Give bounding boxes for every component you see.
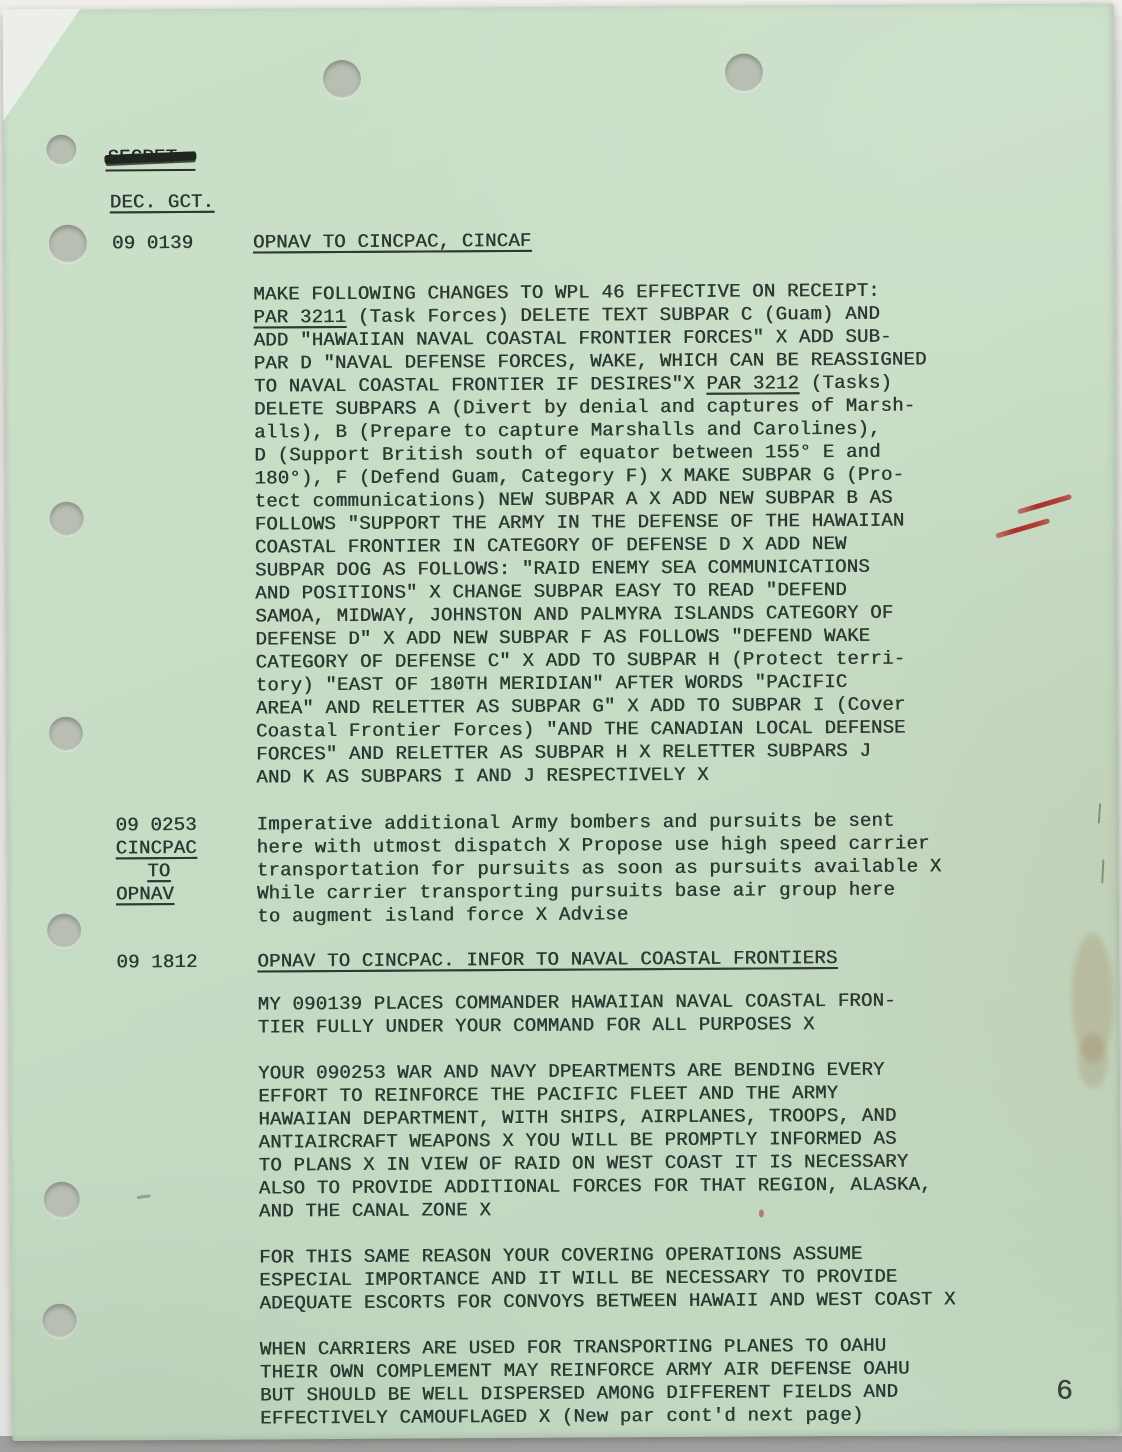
message-paragraph: FOR THIS SAME REASON YOUR COVERING OPERA…: [259, 1242, 956, 1315]
dispatch-entry: 09 0253CINCPACTOOPNAVImperative addition…: [115, 809, 941, 929]
message-paragraph: Imperative additional Army bombers and p…: [256, 809, 941, 928]
entry-sender: CINCPAC: [116, 837, 202, 861]
message-paragraph: MAKE FOLLOWING CHANGES TO WPL 46 EFFECTI…: [253, 279, 929, 789]
message-line: ALSO TO PROVIDE ADDITIONAL FORCES FOR TH…: [259, 1173, 955, 1200]
message-line: FORCES" AND RELETTER AS SUBPAR H X RELET…: [256, 739, 929, 766]
date-header: DEC. GCT.: [110, 191, 215, 215]
document-page: SECRET DEC. GCT. 09 0139OPNAV TO CINCPAC…: [4, 3, 1122, 1441]
ink-speck: [759, 1209, 764, 1217]
dispatch-entry: 09 0139OPNAV TO CINCPAC, CINCAFMAKE FOLL…: [112, 227, 929, 790]
punch-hole: [49, 225, 87, 263]
entry-body-column: Imperative additional Army bombers and p…: [256, 809, 941, 928]
message-line: EFFECTIVELY CAMOUFLAGED X (New par cont'…: [260, 1403, 956, 1430]
entry-time-column: 09 1812: [116, 951, 260, 1432]
punch-hole: [47, 914, 81, 948]
punch-hole: [323, 60, 361, 98]
punch-hole: [49, 717, 83, 751]
entry-heading: OPNAV TO CINCPAC. INFOR TO NAVAL COASTAL…: [257, 946, 953, 973]
entry-heading: OPNAV TO CINCPAC, CINCAF: [253, 227, 926, 254]
punch-hole: [44, 1182, 80, 1218]
entry-time: 09 0253: [115, 814, 256, 838]
message-line: While carrier transporting pursuits base…: [257, 878, 942, 905]
entry-time: 09 1812: [116, 951, 257, 975]
red-check-mark: [1017, 494, 1072, 515]
red-check-mark: [995, 518, 1050, 539]
message-paragraph: WHEN CARRIERS ARE USED FOR TRANSPORTING …: [260, 1334, 957, 1430]
message-paragraph: MY 090139 PLACES COMMANDER HAWAIIAN NAVA…: [258, 989, 954, 1039]
entry-sender: OPNAV: [116, 883, 202, 907]
dispatch-entry: 09 1812OPNAV TO CINCPAC. INFOR TO NAVAL …: [116, 946, 956, 1431]
punch-hole: [46, 135, 76, 165]
stain: [1078, 1033, 1108, 1088]
classification-stamp: SECRET: [107, 146, 227, 170]
message-line: MY 090139 PLACES COMMANDER HAWAIIAN NAVA…: [258, 989, 954, 1016]
message-line: AND THE CANAL ZONE X: [259, 1196, 955, 1223]
entry-body-column: OPNAV TO CINCPAC. INFOR TO NAVAL COASTAL…: [257, 946, 956, 1430]
message-line: ADEQUATE ESCORTS FOR CONVOYS BETWEEN HAW…: [259, 1288, 955, 1315]
entry-time-column: 09 0253CINCPACTOOPNAV: [115, 814, 257, 930]
punch-hole: [725, 53, 763, 91]
entry-body-column: OPNAV TO CINCPAC, CINCAFMAKE FOLLOWING C…: [253, 227, 929, 789]
message-line: to augment island force X Advise: [257, 901, 942, 928]
ink-bleed-mark: [1098, 803, 1101, 823]
punch-hole: [50, 502, 84, 536]
message-line: TIER FULLY UNDER YOUR COMMAND FOR ALL PU…: [258, 1012, 954, 1039]
entry-time: 09 0139: [112, 232, 253, 256]
message-paragraph: YOUR 090253 WAR AND NAVY DPEARTMENTS ARE…: [258, 1058, 955, 1223]
ink-bleed-mark: [1101, 859, 1104, 883]
torn-corner: [3, 9, 90, 128]
entry-time-column: 09 0139: [112, 232, 256, 791]
dispatch-entries: 09 0139OPNAV TO CINCPAC, CINCAFMAKE FOLL…: [4, 3, 1114, 10]
punch-hole: [42, 1304, 76, 1338]
entry-sender: TO: [116, 860, 202, 884]
stamp-underline: [105, 169, 195, 172]
message-line: YOUR 090253 WAR AND NAVY DPEARTMENTS ARE…: [258, 1058, 954, 1085]
page-number: 6: [1056, 1378, 1073, 1408]
message-line: AND K AS SUBPARS I AND J RESPECTIVELY X: [256, 762, 929, 789]
